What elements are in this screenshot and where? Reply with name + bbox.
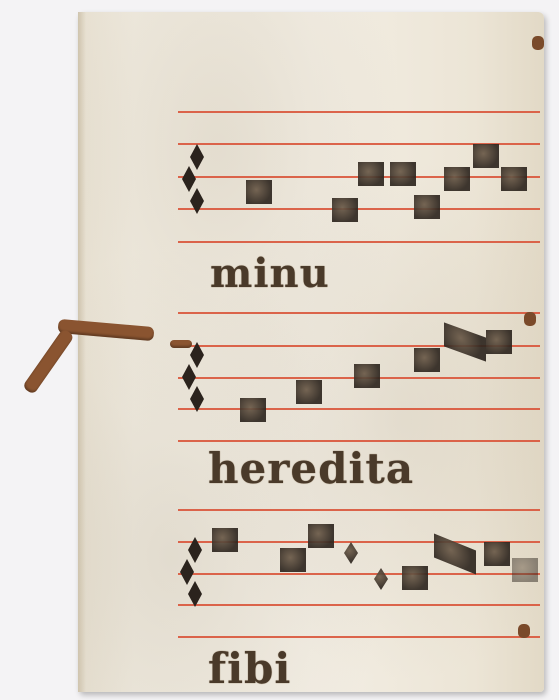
note xyxy=(390,162,416,186)
staff-line xyxy=(178,604,540,606)
staff-line xyxy=(178,208,540,210)
note xyxy=(212,528,238,552)
note xyxy=(354,364,380,388)
lyric-line-1: minu xyxy=(210,250,330,297)
note xyxy=(512,558,538,582)
staff-line xyxy=(178,241,540,243)
clef-icon xyxy=(182,144,198,220)
note xyxy=(332,198,358,222)
staff-line xyxy=(178,440,540,442)
note xyxy=(344,542,358,564)
staff-line xyxy=(178,408,540,410)
note xyxy=(486,330,512,354)
note xyxy=(240,398,266,422)
binding-tie xyxy=(532,36,544,50)
note xyxy=(444,322,486,361)
staff-line xyxy=(178,312,540,314)
note xyxy=(434,534,476,575)
note xyxy=(246,180,272,204)
lyric-line-2: heredita xyxy=(208,444,414,493)
binding-tie xyxy=(518,624,530,638)
note xyxy=(444,167,470,191)
clef-icon xyxy=(180,537,196,613)
note xyxy=(414,348,440,372)
staff-line xyxy=(178,111,540,113)
staff-line xyxy=(178,636,540,638)
note xyxy=(484,542,510,566)
binding-tie xyxy=(524,312,536,326)
staff-line xyxy=(178,509,540,511)
note xyxy=(374,568,388,590)
note xyxy=(280,548,306,572)
note xyxy=(402,566,428,590)
note xyxy=(296,380,322,404)
note xyxy=(358,162,384,186)
leather-tab xyxy=(170,340,192,348)
leaf-edge xyxy=(78,12,86,692)
note xyxy=(473,144,499,168)
clef-icon xyxy=(182,342,198,418)
leather-strap xyxy=(22,328,75,395)
manuscript-leaf: minu heredita fibi xyxy=(78,12,544,692)
note xyxy=(414,195,440,219)
staff-line xyxy=(178,573,540,575)
lyric-line-3: fibi xyxy=(208,644,291,693)
note xyxy=(501,167,527,191)
note xyxy=(308,524,334,548)
